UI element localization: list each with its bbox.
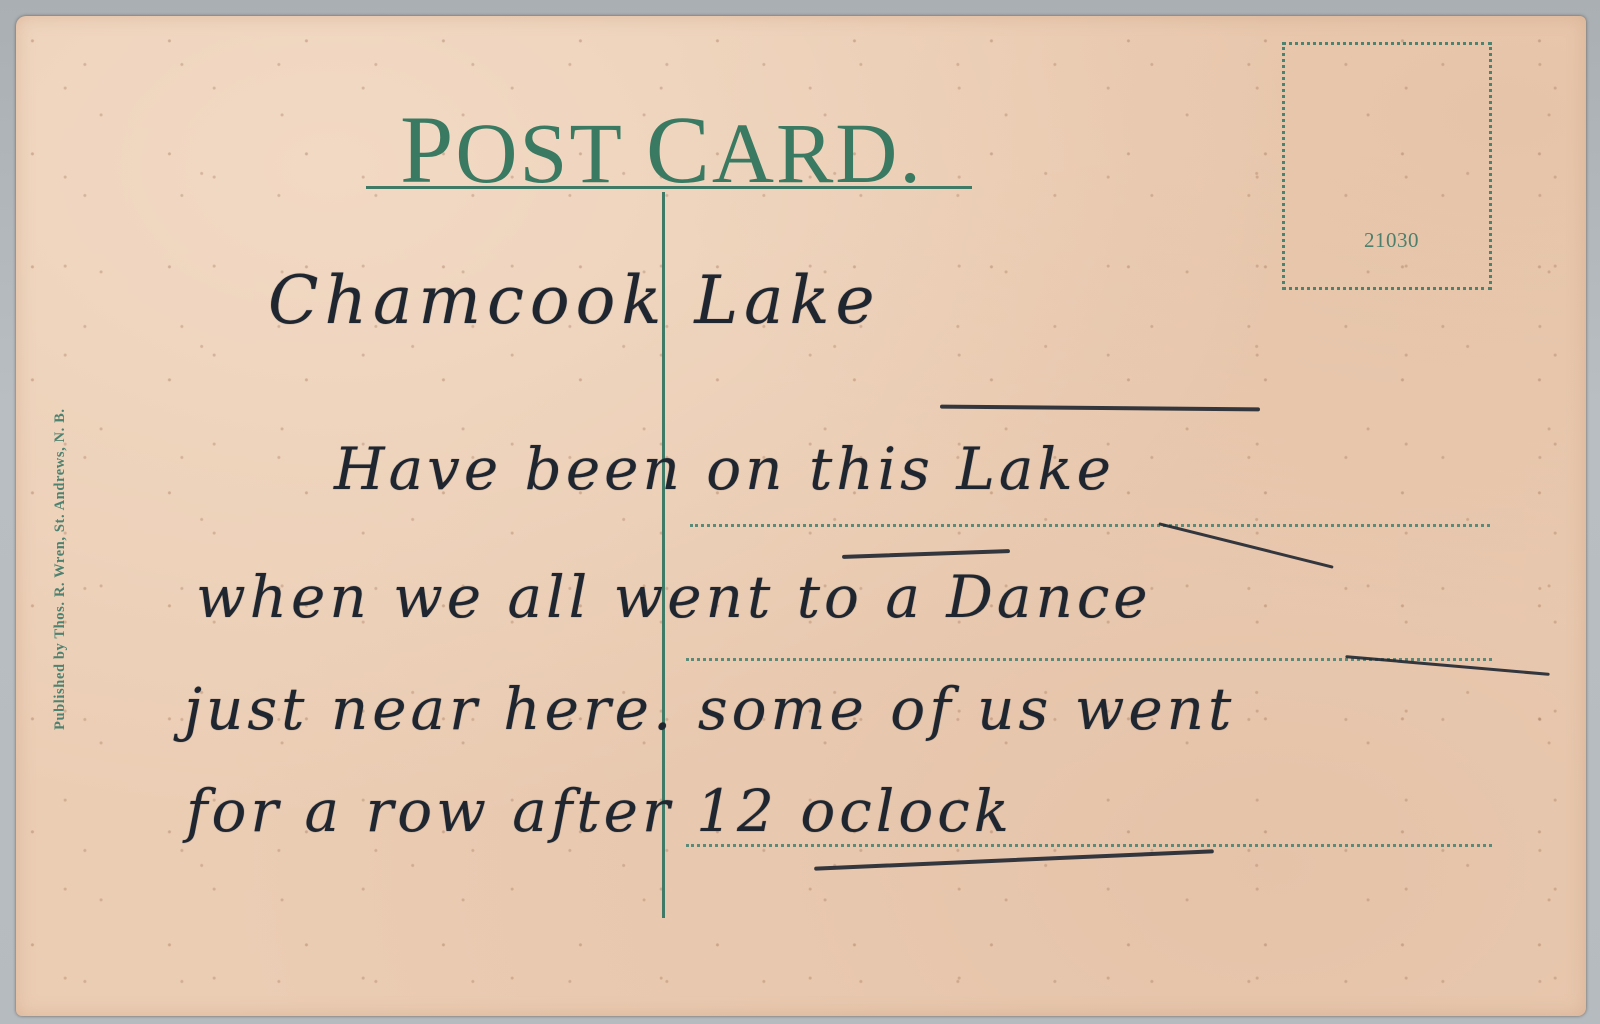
handwritten-line: Chamcook Lake (268, 268, 881, 334)
card-serial-number: 21030 (1364, 228, 1419, 253)
address-line-1 (690, 524, 1490, 527)
publisher-imprint: Published by Thos. R. Wren, St. Andrews,… (52, 408, 69, 730)
handwritten-line: Have been on this Lake (334, 440, 1115, 498)
handwritten-line: when we all went to a Dance (196, 568, 1152, 626)
postcard-heading: POST CARD. (400, 102, 923, 198)
heading-underline (366, 186, 972, 189)
handwritten-line: just near here. some of us went (184, 680, 1235, 738)
handwritten-line: for a row after 12 oclock (186, 782, 1013, 840)
